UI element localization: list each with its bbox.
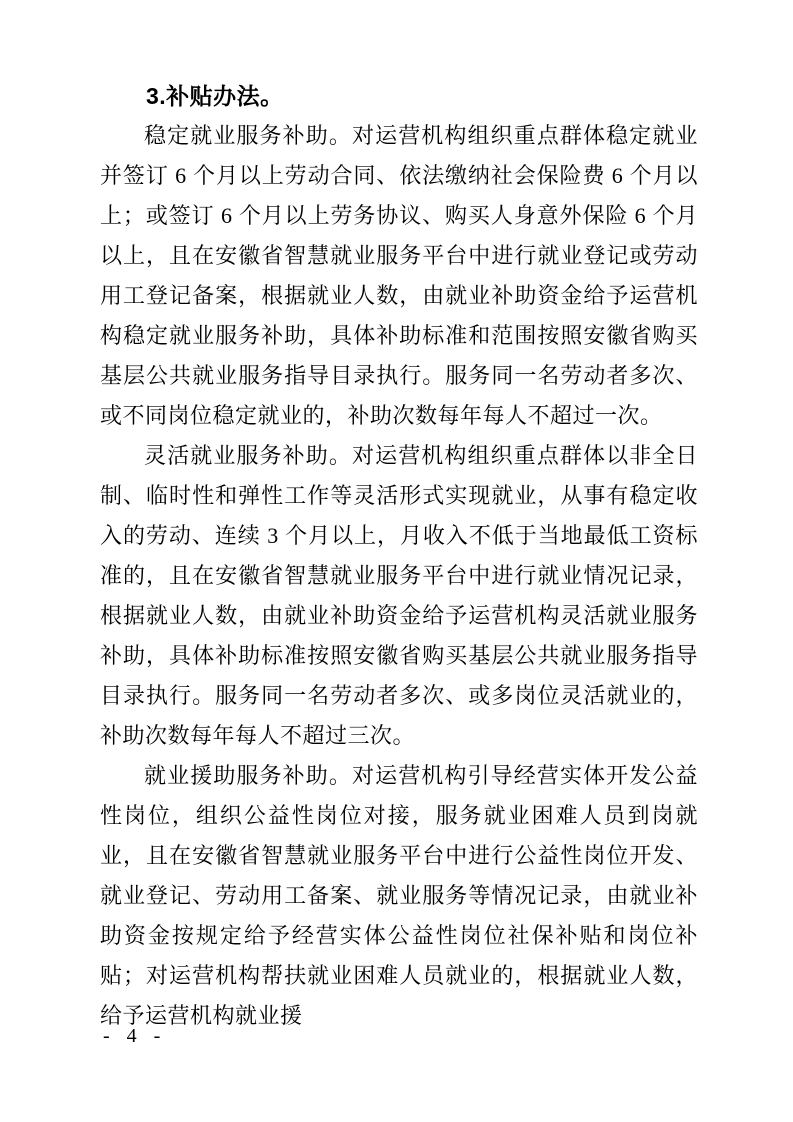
page-number: - 4 - [103, 1024, 166, 1048]
section-heading: 3.补贴办法。 [100, 76, 698, 116]
paragraph-flexible-employment-subsidy: 灵活就业服务补助。对运营机构组织重点群体以非全日制、临时性和弹性工作等灵活形式实… [100, 436, 698, 756]
document-page: 3.补贴办法。 稳定就业服务补助。对运营机构组织重点群体稳定就业并签订 6 个月… [0, 0, 793, 1122]
paragraph-stable-employment-subsidy: 稳定就业服务补助。对运营机构组织重点群体稳定就业并签订 6 个月以上劳动合同、依… [100, 116, 698, 436]
document-body: 3.补贴办法。 稳定就业服务补助。对运营机构组织重点群体稳定就业并签订 6 个月… [100, 76, 698, 1036]
paragraph-employment-assistance-subsidy: 就业援助服务补助。对运营机构引导经营实体开发公益性岗位，组织公益性岗位对接，服务… [100, 756, 698, 1036]
